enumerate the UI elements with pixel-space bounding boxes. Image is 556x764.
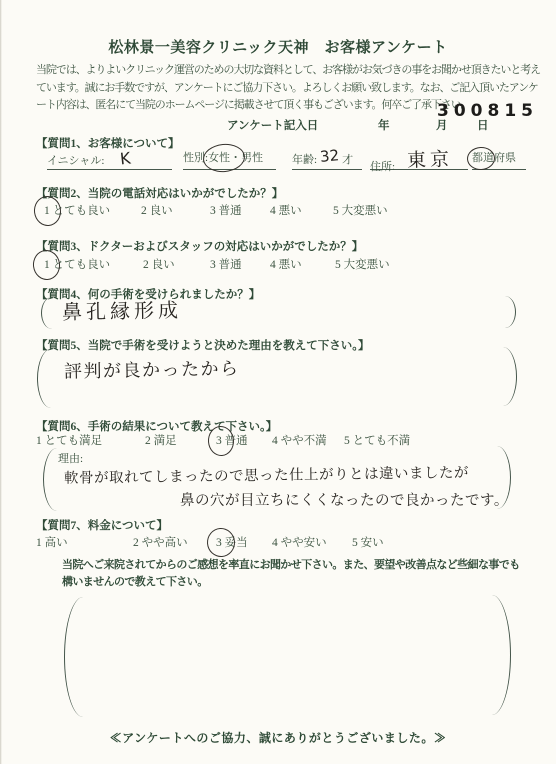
address-label: 住所: <box>370 161 395 173</box>
q2-choice-2: 2 良い <box>141 202 173 218</box>
closing-prompt-line-2: 構いませんので教えて下さい。 <box>62 574 520 591</box>
year-label: 年 <box>378 117 390 133</box>
page-title: 松林景一美容クリニック天神 お客様アンケート <box>0 36 556 57</box>
survey-date-label: アンケート記入日 <box>227 117 318 133</box>
address-handwritten-value: 東京 <box>407 144 454 173</box>
q2-choice-5: 5 大変悪い <box>333 202 388 218</box>
q4-handwritten-answer: 鼻孔縁形成 <box>62 294 182 325</box>
q7-choice-2: 2 やや高い <box>133 534 188 550</box>
q5-answer-bracket-left <box>37 349 51 408</box>
age-label: 年齢: <box>292 154 317 166</box>
q6-choice-5: 5 とても不満 <box>344 432 410 448</box>
q5-handwritten-answer: 評判が良かったから <box>64 354 240 383</box>
closing-prompt-line-1: 当院へご来院されてからのご感想を率直にお聞かせ下さい。また、要望や改善点など些細… <box>62 557 520 574</box>
q2-choice-3: 3 普通 <box>210 202 242 218</box>
q6-choice-2: 2 満足 <box>145 432 177 448</box>
q6-reason-handwritten-line-2: 鼻の穴が目立ちにくくなったので良かったです。 <box>180 489 509 510</box>
age-field: 年齢:32才 <box>292 149 362 170</box>
initial-field: イニシャル:K <box>47 149 172 170</box>
intro-line-1: 当院では、よりよいクリニック運営のための大切な資料として、お客様がお気づきの事を… <box>36 62 536 80</box>
q2-header: 【質問2、当院の電話対応はいかがでしたか？】 <box>36 185 283 201</box>
q7-choice-1: 1 高い <box>36 534 68 550</box>
age-handwritten-value: 32 <box>319 146 340 166</box>
q2-choice-4: 4 悪い <box>270 202 302 218</box>
q6-reason-label: 理由: <box>58 450 83 466</box>
handwritten-circle-q7-selection <box>206 527 236 558</box>
age-unit: 才 <box>342 154 353 166</box>
q3-choice-5: 5 大変悪い <box>335 256 390 272</box>
q6-choice-4: 4 やや不満 <box>272 432 327 448</box>
comment-box-bracket-right <box>492 595 511 715</box>
scan-edge-artifact <box>0 0 2 764</box>
q3-choice-3: 3 普通 <box>210 256 242 272</box>
thanks-message: ≪アンケートへのご協力、誠にありがとうございました。≫ <box>0 729 556 746</box>
initial-label: イニシャル: <box>47 155 104 167</box>
comment-box-bracket-left <box>64 597 83 717</box>
q5-header: 【質問5、当院で手術を受けようと決めた理由を教えて下さい。】 <box>36 337 370 353</box>
q6-choice-1: 1 とても満足 <box>36 432 102 448</box>
closing-prompt: 当院へご来院されてからのご感想を率直にお聞かせ下さい。また、要望や改善点など些細… <box>62 557 520 591</box>
q7-choice-4: 4 やや安い <box>272 534 327 550</box>
q3-header: 【質問3、ドクターおよびスタッフの対応はいかがでしたか？】 <box>36 238 363 254</box>
q4-answer-bracket-left <box>41 297 52 329</box>
q7-header: 【質問7、料金について】 <box>36 517 168 533</box>
q3-choice-2: 2 良い <box>143 256 175 272</box>
survey-scan-page: 松林景一美容クリニック天神 お客様アンケート 当院では、よりよいクリニック運営の… <box>0 0 556 764</box>
address-field: 住所:東京 <box>370 149 468 170</box>
q3-choice-4: 4 悪い <box>270 256 302 272</box>
initial-handwritten-value: K <box>119 149 131 169</box>
q6-reason-handwritten-line-1: 軟骨が取れてしまったので思った仕上がりとは違いましたが <box>64 461 469 488</box>
q7-choice-5: 5 安い <box>352 534 384 550</box>
q4-answer-bracket-right <box>505 296 516 328</box>
q5-answer-bracket-right <box>503 347 517 406</box>
intro-line-2: ています。誠にお手数ですが、アンケートにご協力下さい。よろしくお願い致します。な… <box>36 80 536 98</box>
q6-reason-bracket-left <box>43 448 57 511</box>
handwritten-date-value: 300815 <box>437 101 538 121</box>
